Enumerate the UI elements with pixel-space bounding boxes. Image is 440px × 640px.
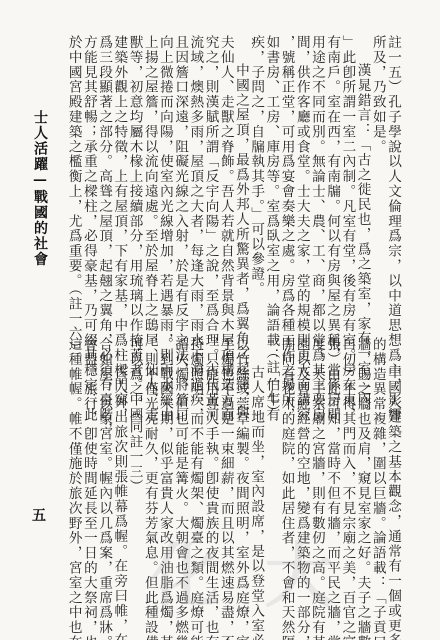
- text-column: 會盟、旅行，卽使時間延長至一日的大祭祠，也在野外設立: [81, 337, 96, 609]
- text-column: 中國之屋頂，最爲外邦人所驚異者，爲翼角之起翹，與: [233, 35, 248, 307]
- text-column: 疾，子問之，自牖執其手。」可以參證。: [248, 35, 263, 307]
- text-column: 用途之不同而別。無論士、農、工、商，都以堂爲其主要房: [309, 35, 324, 307]
- text-column: 方能見其舒暢；承重之樑柱，必得豪基，乃可綴其穩定；此: [81, 35, 96, 307]
- text-column: 建築外觀上之特徵，上有屋頂，下有家基，中爲柱樑門窗，: [111, 35, 126, 307]
- text-column: 」此卽所謂一室二內制。凡室有堂，後有房有室。房在東，: [339, 35, 354, 307]
- text-column: 牆，賜之牆也及肩，窺見室家之好。夫子之牆數仞，（八尺: [354, 337, 369, 609]
- text-column: 且因簷口深遠，阻礙光線之入射，於是有反宇之法，將簷口: [172, 35, 187, 307]
- text-column: 中國人建築之基本觀念，通常有一個或更多的庭院，有: [385, 337, 400, 609]
- text-column: 夫仙人、走獸之脊飾。吾人若就自然背景與木屋頂構造方面: [218, 35, 233, 307]
- text-column: 的構造異常複雜，圍以巨牆。論語載：「子貢曰：『譬之宮: [370, 337, 385, 609]
- text-column: 有南戶。室在西，有南牖。何以有房與屋之異稱，當係房間: [324, 35, 339, 307]
- text-column: 古人外出旅次則張帷幕爲幄。在旁曰帷，在上曰幕，四: [111, 337, 126, 609]
- running-head: 士人活躍—戰國的社會: [30, 110, 50, 267]
- text-column: 可以爲之。（同註一三）: [126, 337, 141, 609]
- text-column: 於中國宮殿建築之檻衡上，尤爲重要。（註一六）: [66, 35, 81, 307]
- text-column: 註一五）孔子學說以人文倫理爲宗，以中道思想爲主，影響: [385, 35, 400, 307]
- text-column: 爲三段顯著之部分。高聳之屋頂，起翹之翼角，必須有臺階，: [96, 35, 111, 307]
- text-column: 所及，乃致如是。: [370, 35, 385, 307]
- upper-text-block: 註一五）孔子學說以人文倫理爲宗，以中道思想爲主，影響所及，乃致如是。漢晁錯言：「…: [66, 35, 400, 307]
- text-column: 間，供作客廳或食堂。士大夫之家，堂的規模則更大而講究: [294, 35, 309, 307]
- text-column: 流域，燠熱多雨，屋頂之大者，每逢大雨，雨水下瀉過疾，: [187, 35, 202, 307]
- text-column: 向上微捲而向陽，使室內光線增加，若遇暴雨，則雨水經由: [157, 35, 172, 307]
- text-column: 這種帷幄。帷不僅施於旅次野外，宮室之中也在堂前設，: [66, 337, 81, 609]
- page-number: 五: [32, 505, 46, 525]
- watermark: 化 大: [150, 520, 344, 621]
- text-column: 獸等，初意均屬木椽上接續部分，用琉璃以作掩蓋者。中國: [126, 35, 141, 307]
- text-column: 如書房、工房、庫房等。室爲臥室之用，論語載：「伯牛有: [263, 35, 278, 307]
- scanned-book-page: 註一五）孔子學說以人文倫理爲宗，以中道思想爲主，影響所及，乃致如是。漢晁錯言：「…: [0, 0, 440, 640]
- text-column: 漢晁錯言：「古之徙民也，爲之築室，家有一室二內。: [354, 35, 369, 307]
- text-column: 究之，則漢賦所謂「反宇向陽」之說，至爲合理。古代黃河: [202, 35, 217, 307]
- text-column: 上揚之屋簷，得以流向遠處。至於屋脊上之鴟尾、仙人、走: [142, 35, 157, 307]
- text-column: ，號稱正堂，可用爲宴會奏樂之處。房爲各種工作之場所，: [278, 35, 293, 307]
- text-column: 合如屋，以象宮室。幄內以几爲案，重席爲牀。不僅大規的: [96, 337, 111, 609]
